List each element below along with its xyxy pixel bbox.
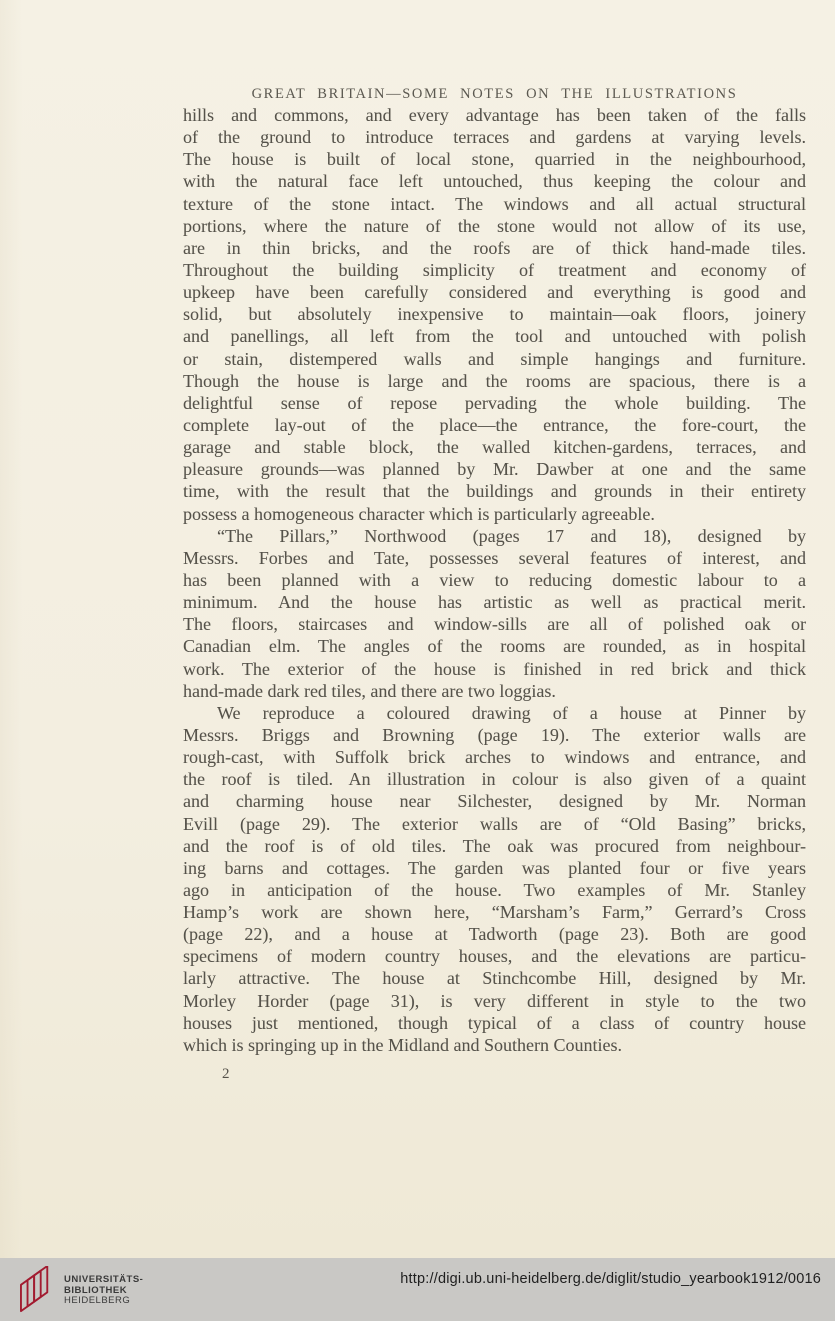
text-line: time, with the result that the buildings… [183, 480, 806, 502]
text-block: hills and commons, and every advantage h… [183, 104, 806, 1056]
text-line: Messrs. Briggs and Browning (page 19). T… [183, 724, 806, 746]
text-line: and the roof is of old tiles. The oak wa… [183, 835, 806, 857]
text-line: which is springing up in the Midland and… [183, 1034, 806, 1056]
text-line: texture of the stone intact. The windows… [183, 193, 806, 215]
library-name: UNIVERSITÄTS- BIBLIOTHEK HEIDELBERG [64, 1275, 143, 1307]
library-name-line-1: UNIVERSITÄTS- [64, 1275, 143, 1286]
text-line: complete lay-out of the place—the entran… [183, 414, 806, 436]
text-line: (page 22), and a house at Tadworth (page… [183, 923, 806, 945]
text-line: houses just mentioned, though typical of… [183, 1012, 806, 1034]
library-footer-bar: UNIVERSITÄTS- BIBLIOTHEK HEIDELBERG http… [0, 1258, 835, 1321]
text-line: Morley Horder (page 31), is very differe… [183, 990, 806, 1012]
text-line: pleasure grounds—was planned by Mr. Dawb… [183, 458, 806, 480]
library-name-line-3: HEIDELBERG [64, 1296, 143, 1307]
text-line: rough-cast, with Suffolk brick arches to… [183, 746, 806, 768]
text-line: delightful sense of repose pervading the… [183, 392, 806, 414]
text-line: larly attractive. The house at Stinchcom… [183, 967, 806, 989]
text-line: has been planned with a view to reducing… [183, 569, 806, 591]
text-line: ing barns and cottages. The garden was p… [183, 857, 806, 879]
text-line: upkeep have been carefully considered an… [183, 281, 806, 303]
page-number: 2 [222, 1066, 230, 1083]
text-line: possess a homogeneous character which is… [183, 503, 806, 525]
text-line: ago in anticipation of the house. Two ex… [183, 879, 806, 901]
text-line: Evill (page 29). The exterior walls are … [183, 813, 806, 835]
text-line: minimum. And the house has artistic as w… [183, 591, 806, 613]
text-line: of the ground to introduce terraces and … [183, 126, 806, 148]
text-line: The floors, staircases and window-sills … [183, 613, 806, 635]
text-line: garage and stable block, the walled kitc… [183, 436, 806, 458]
text-line: “The Pillars,” Northwood (pages 17 and 1… [183, 525, 806, 547]
text-line: Hamp’s work are shown here, “Marsham’s F… [183, 901, 806, 923]
text-line: and charming house near Silchester, desi… [183, 790, 806, 812]
running-head: GREAT BRITAIN—SOME NOTES ON THE ILLUSTRA… [183, 86, 806, 103]
books-logo-icon [17, 1266, 55, 1313]
text-line: hand-made dark red tiles, and there are … [183, 680, 806, 702]
text-line: We reproduce a coloured drawing of a hou… [183, 702, 806, 724]
text-line: Though the house is large and the rooms … [183, 370, 806, 392]
text-line: specimens of modern country houses, and … [183, 945, 806, 967]
text-line: hills and commons, and every advantage h… [183, 104, 806, 126]
text-line: The house is built of local stone, quarr… [183, 148, 806, 170]
text-line: Throughout the building simplicity of tr… [183, 259, 806, 281]
text-line: solid, but absolutely inexpensive to mai… [183, 303, 806, 325]
text-line: Messrs. Forbes and Tate, possesses sever… [183, 547, 806, 569]
text-line: portions, where the nature of the stone … [183, 215, 806, 237]
text-line: work. The exterior of the house is finis… [183, 658, 806, 680]
document-source-url: http://digi.ub.uni-heidelberg.de/diglit/… [400, 1271, 821, 1287]
text-line: are in thin bricks, and the roofs are of… [183, 237, 806, 259]
text-line: Canadian elm. The angles of the rooms ar… [183, 635, 806, 657]
text-line: or stain, distempered walls and simple h… [183, 348, 806, 370]
text-line: the roof is tiled. An illustration in co… [183, 768, 806, 790]
heidelberg-library-logo: UNIVERSITÄTS- BIBLIOTHEK HEIDELBERG [17, 1266, 143, 1313]
text-line: with the natural face left untouched, th… [183, 170, 806, 192]
text-line: and panellings, all left from the tool a… [183, 325, 806, 347]
